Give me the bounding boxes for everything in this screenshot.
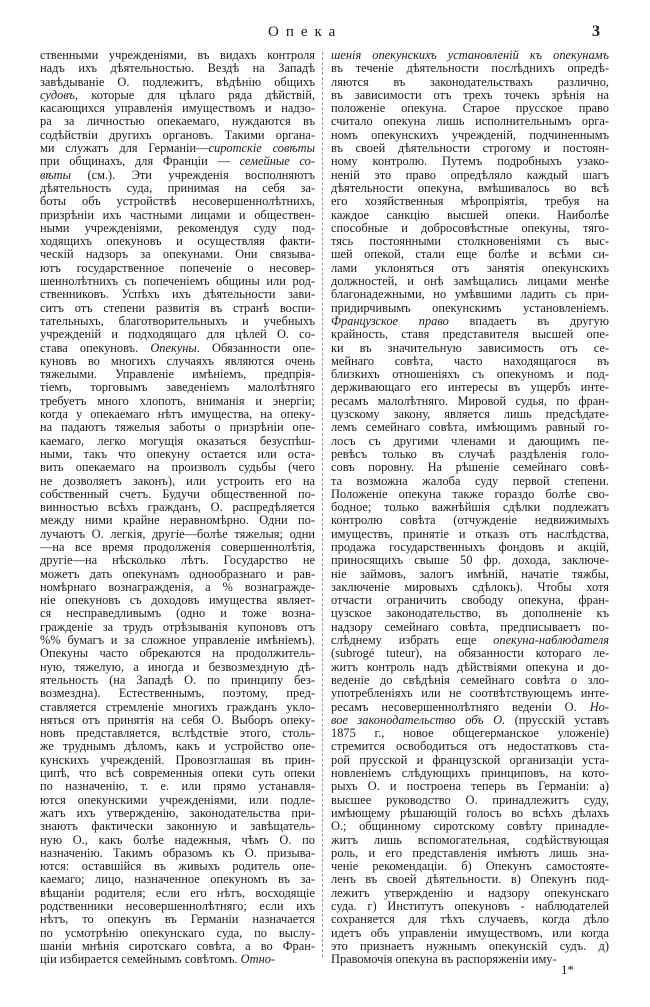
text-line: куновъ во многихъ случаяхъ являются очен… [40, 355, 315, 368]
text-line: ленъ въ своей дѣятельности. в) Опекунъ п… [331, 873, 609, 886]
text-line: идетъ объ управленіи имуществомъ, или ко… [331, 927, 609, 940]
text-line: житъ лишь вспомогательная, содѣйствующая [331, 834, 609, 847]
text-run: суда. г) Институтъ опекуновъ - наблюдате… [331, 900, 609, 913]
text-run: ра за личностью опекаемаго, нуждаются въ [40, 115, 315, 128]
text-line: ситъ отъ степени развитія въ странѣ восп… [40, 302, 315, 315]
text-run: ляются въ законодательствахъ различно, [331, 76, 609, 89]
left-column-text: ственными учрежденіями, въ видахъ контро… [40, 49, 315, 966]
text-line: лемъ семейнаго совѣта, имѣющимъ равный г… [331, 421, 609, 434]
text-run: учрежденій и подходящаго для цѣлей О. со… [40, 328, 315, 341]
text-line: собственный счетъ. Будучи общественной п… [40, 488, 315, 501]
text-run: ся несправедливымъ (одно и тоже возна- [40, 607, 315, 620]
text-run: %% бумагъ и за сложное управленіе имѣніе… [40, 634, 315, 647]
text-line: Положеніе опекуна также гораздо болѣе св… [331, 488, 609, 501]
signature-mark: 1* [561, 962, 574, 978]
text-line: Французское право впадаетъ въ другую [331, 315, 609, 328]
text-run: знаютъ фактически законную и завѣщатель- [40, 820, 315, 833]
text-run: благонадежными, но умѣвшими ладить съ пр… [331, 288, 609, 301]
text-run: тяжелыми. Управленіе имѣніемъ, предпрія- [40, 368, 315, 381]
text-line: ственными учрежденіями, въ видахъ контро… [40, 49, 315, 62]
text-line: номъ опекунскихъ учрежденій, подчиненным… [331, 129, 609, 142]
text-line: употребленіяхъ или не соотвѣтствующемъ и… [331, 687, 609, 700]
text-line: сохраняется для тѣхъ случаевъ, когда дѣл… [331, 913, 609, 926]
text-line: въ своей дѣятельности строгому и постоян… [331, 142, 609, 155]
text-line: не дозволяетъ законъ), или устроить его … [40, 475, 315, 488]
text-run: ходящихъ опекуновъ и осуществляя факти- [40, 235, 315, 248]
text-run: тательныхъ, благотворительныхъ и учебных… [40, 315, 315, 328]
text-line: это признаетъ нужнымъ опекунскій судъ. д… [331, 940, 609, 953]
text-line: учрежденій и подходящаго для цѣлей О. со… [40, 328, 315, 341]
text-run: стремится освободиться отъ недостатковъ … [331, 740, 609, 753]
text-line: контролю совѣта (отчужденіе недвижимыхъ [331, 514, 609, 527]
text-line: ки въ значительную зависимость отъ се- [331, 342, 609, 355]
text-line: ходящихъ опекуновъ и осуществляя факти- [40, 235, 315, 248]
text-line: ципѣ, что всѣ современныя опеки суть опе… [40, 767, 315, 780]
text-run: тіемъ, торговымъ заведеніемъ малолѣтняго [40, 381, 315, 394]
text-run: ставляется стремленіе многихъ гражданъ у… [40, 701, 315, 714]
text-line: держивающаго его интересы въ ущербъ инте… [331, 381, 609, 394]
text-run: дѣятельности опекуна, вмѣшивалось во всѣ [331, 182, 609, 195]
text-run: его хозяйственныя мѣропріятія, требуя на [331, 195, 609, 208]
text-run: это признаетъ нужнымъ опекунскій судъ. д… [331, 940, 609, 953]
text-run: става опекуновъ. [40, 342, 150, 355]
text-run: способные и добросовѣстные опекуны, тяго… [331, 222, 609, 235]
text-run: та возможна жалоба суду первой степени. [331, 475, 609, 488]
text-run: возмездна). Естественнымъ, поэтому, пред… [40, 687, 315, 700]
text-run: ки въ значительную зависимость отъ се- [331, 342, 609, 355]
text-line: нѣтъ, то опекунъ въ Германіи назначается [40, 913, 315, 926]
text-line: роль, и его представленія имѣютъ лишь зн… [331, 847, 609, 860]
text-line: ными, такъ что опекуну остается или оста… [40, 448, 315, 461]
text-run: ную О., какъ болѣе надежныя, чѣмъ О. по [40, 834, 315, 847]
text-run: каемаго, легко могущія оказаться безуспѣ… [40, 435, 315, 448]
text-run: новленіемъ слѣдующихъ принциповъ, на кот… [331, 767, 609, 780]
italic-term: семейные со- [240, 155, 315, 168]
text-line: винностью всѣхъ гражданъ, О. распредѣляе… [40, 501, 315, 514]
text-run: имуществъ, принятіе и отказъ отъ наслѣдс… [331, 528, 609, 541]
text-line: жатъ ихъ утвержденію, законодательства п… [40, 807, 315, 820]
text-run: назначенію. Такимъ образомъ къ О. призыв… [40, 847, 315, 860]
text-line: имѣющему рѣшающій голосъ во всѣхъ дѣлахъ [331, 807, 609, 820]
text-line: судовъ, которые для цѣлаго ряда дѣйствій… [40, 89, 315, 102]
text-run: сохраняется для тѣхъ случаевъ, когда дѣл… [331, 913, 609, 926]
italic-term: опекуна-наблюдателя [493, 634, 609, 647]
text-line: продажа государственныхъ фондовъ и акцій… [331, 541, 609, 554]
right-column-text: шенія опекунскихъ установленій къ опекун… [331, 49, 609, 966]
text-run: собственный счетъ. Будучи общественной п… [40, 488, 315, 501]
text-run: лучаютъ О. легкія, другіе—болѣе тяжелыя;… [40, 528, 315, 541]
text-line: неній это право опредѣляло каждый шагъ [331, 169, 609, 182]
text-run: слѣднему избрать еще [331, 634, 493, 647]
text-line: тяжелыми. Управленіе имѣніемъ, предпрія- [40, 368, 315, 381]
text-line: лучаютъ О. легкія, другіе—болѣе тяжелыя;… [40, 528, 315, 541]
text-run: дѣятельность суда, принимая на себя за- [40, 182, 315, 195]
text-run: няться отъ принятія на себя О. Выборъ оп… [40, 714, 315, 727]
text-line: совъ поровну. На рѣшеніе семейнаго совѣ- [331, 461, 609, 474]
text-line: высшее руководство О. принадлежитъ суду, [331, 794, 609, 807]
text-line: по усмотрѣнію опекунскаго суда, по выслу… [40, 927, 315, 940]
text-line: знаютъ фактически законную и завѣщатель- [40, 820, 315, 833]
text-run: держивающаго его интересы въ ущербъ инте… [331, 381, 609, 394]
text-line: въ теченіе дѣятельности послѣднихъ опред… [331, 62, 609, 75]
text-run: жатъ ихъ утвержденію, законодательства п… [40, 807, 315, 820]
text-line: (subrogé tuteur), на обязанности котораг… [331, 647, 609, 660]
text-line: лосъ съ другими членами и дающимъ пе- [331, 435, 609, 448]
text-line: ченіе рекомендаціи. б) Опекунъ самостоят… [331, 860, 609, 873]
text-line: 1875 г., новое общегерманское уложеніе) [331, 727, 609, 740]
text-line: ніе опекуновъ съ доходовъ имущества явля… [40, 594, 315, 607]
text-run: лемъ семейнаго совѣта, имѣющимъ равный г… [331, 421, 609, 434]
text-run: Положеніе опекуна также гораздо болѣе св… [331, 488, 609, 501]
text-line: тіемъ, торговымъ заведеніемъ малолѣтняго [40, 381, 315, 394]
text-line: шаніи мнѣнія сиротскаго совѣта, а во Фра… [40, 940, 315, 953]
text-run: ревѣсъ только въ случаѣ раздѣленія голо- [331, 448, 609, 461]
text-line: ресамъ малолѣтняго. Мировой судья, по фр… [331, 395, 609, 408]
text-line: ную, тяжелую, а иногда и безвозмездную д… [40, 661, 315, 674]
text-run: ми служатъ для Германіи— [40, 142, 209, 155]
text-line: стремится освободиться отъ недостатковъ … [331, 740, 609, 753]
text-run: въ теченіе дѣятельности послѣднихъ опред… [331, 62, 609, 75]
text-run: ченіе рекомендаціи. б) Опекунъ самостоят… [331, 860, 609, 873]
italic-term: вѣты [40, 169, 71, 182]
text-line: лами уклоняться отъ занятія опекунскихъ [331, 262, 609, 275]
text-line: каемаго, легко могущія оказаться безуспѣ… [40, 435, 315, 448]
text-run: ресамъ малолѣтняго. Мировой судья, по фр… [331, 395, 609, 408]
text-line: благонадежными, но умѣвшими ладить съ пр… [331, 288, 609, 301]
text-line: вѣщаніи родителя; если его нѣтъ, восходя… [40, 887, 315, 900]
text-run: нѣтъ, то опекунъ въ Германіи назначается [40, 913, 315, 926]
text-line: ляются въ законодательствахъ различно, [331, 76, 609, 89]
text-run: ному контролю. Путемъ подробныхъ узако- [331, 155, 609, 168]
text-line: по назначенію, т. е. или прямо устанавля… [40, 780, 315, 793]
text-line: когда у опекаемаго нѣтъ имущества, на оп… [40, 408, 315, 421]
running-title: Опека [268, 24, 342, 41]
text-run: каждое санкцію высшей опеки. Наиболѣе [331, 209, 609, 222]
text-line: О.; общинному сиротскому совѣту принадле… [331, 820, 609, 833]
text-run: мейнаго совѣта, часто находящагося въ [331, 355, 609, 368]
text-line: надъ ихъ дѣятельностью. Вездѣ на Западѣ [40, 62, 315, 75]
text-line: цузскому закону, является лишь предсѣдат… [331, 408, 609, 421]
text-run: ятельность (на Западѣ О. по принципу без… [40, 674, 315, 687]
text-line: вѣты (см.). Эти учрежденія восполняютъ [40, 169, 315, 182]
text-line: приносящихъ свыше 50 фр. дохода, заключе… [331, 554, 609, 567]
text-run: ситъ отъ степени развитія въ странѣ восп… [40, 302, 315, 315]
text-run: , которые для цѣлаго ряда дѣйствій, [75, 89, 315, 102]
text-run: высшее руководство О. принадлежитъ суду, [331, 794, 609, 807]
text-run: при общинахъ, для Франціи — [40, 155, 240, 168]
text-run: родственники несовершеннолѣтняго; если и… [40, 900, 315, 913]
text-run: тясь постоянными столкновеніями съ выс- [331, 235, 609, 248]
text-run: (прусскій уставъ [505, 714, 609, 727]
text-line: ціи избирается семейнымъ совѣтомъ. Отно- [40, 953, 315, 966]
italic-term: судовъ [40, 89, 75, 102]
text-line: новъ представляется, вслѣдствіе этого, с… [40, 727, 315, 740]
text-run: другіе—на нѣсколько лѣтъ. Государство не [40, 554, 315, 567]
text-line: считало опекуна лишь исполнительнымъ орг… [331, 115, 609, 128]
text-run: боты объ устройствѣ несовершеннолѣтнихъ, [40, 195, 315, 208]
text-line: можетъ дать опекунамъ однообразнаго и ра… [40, 568, 315, 581]
text-run: ніе опекуновъ съ доходовъ имущества явля… [40, 594, 315, 607]
text-line: ются: оставшійся въ живыхъ родитель опе- [40, 860, 315, 873]
text-run: (см.). Эти учрежденія восполняютъ [71, 169, 315, 182]
column-divider [322, 52, 323, 957]
text-line: —на все время продолженія совершеннолѣті… [40, 541, 315, 554]
text-run: считало опекуна лишь исполнительнымъ орг… [331, 115, 609, 128]
text-run: впадаетъ въ другую [449, 315, 609, 328]
italic-term: Отно- [241, 953, 275, 966]
text-run: ципѣ, что всѣ современныя опеки суть опе… [40, 767, 315, 780]
text-run: приносящихъ свыше 50 фр. дохода, заключе… [331, 554, 609, 567]
text-run: новъ представляется, вслѣдствіе этого, с… [40, 727, 315, 740]
text-line: тательныхъ, благотворительныхъ и учебных… [40, 315, 315, 328]
text-run: надъ ихъ дѣятельностью. Вездѣ на Западѣ [40, 62, 315, 75]
text-line: касающихся управленія имуществомъ и надз… [40, 102, 315, 115]
text-run: —на все время продолженія совершеннолѣті… [40, 541, 315, 554]
text-run: между ними крайне неравномѣрно. Одни по- [40, 514, 315, 527]
text-run: заключеніе мировыхъ сдѣлокъ). Чтобы хотя [331, 581, 609, 594]
text-line: назначенію. Такимъ образомъ къ О. призыв… [40, 847, 315, 860]
text-run: цузскому закону, является лишь предсѣдат… [331, 408, 609, 421]
text-line: его хозяйственныя мѣропріятія, требуя на [331, 195, 609, 208]
text-line: шенія опекунскихъ установленій къ опекун… [331, 49, 609, 62]
text-run: куновъ во многихъ случаяхъ являются очен… [40, 355, 315, 368]
text-run: цузское законодательство, въ дополненіе … [331, 607, 609, 620]
text-line: ся несправедливымъ (одно и тоже возна- [40, 607, 315, 620]
text-line: ми служатъ для Германіи—сиротскіе совѣты [40, 142, 315, 155]
text-run: ленъ въ своей дѣятельности. в) Опекунъ п… [331, 873, 609, 886]
text-line: ственниковъ. Успѣхъ ихъ дѣятельности зав… [40, 288, 315, 301]
text-run: отчасти ограничить свободу опекуна, фран… [331, 594, 609, 607]
text-run: бодное; только важнѣйшія сдѣлки подлежат… [331, 501, 609, 514]
text-run: роль, и его представленія имѣютъ лишь зн… [331, 847, 609, 860]
italic-term: Опекуны [150, 342, 196, 355]
text-run: на падаютъ тяжелыя заботы о призрѣніи оп… [40, 421, 315, 434]
text-line: вить опекаемаго на произволъ судьбы (чег… [40, 461, 315, 474]
text-run: ціи избирается семейнымъ совѣтомъ. [40, 953, 241, 966]
text-line: шеннолѣтнихъ съ попеченіемъ общины или р… [40, 275, 315, 288]
text-line: вое законодательство объ О. (прусскій ус… [331, 714, 609, 727]
text-run: надзору семейнаго совѣта, предписываетъ … [331, 621, 609, 634]
text-line: же труднымъ дѣломъ, какъ и устройство оп… [40, 740, 315, 753]
text-line: номѣрнаго вознагражденія, а % вознагражд… [40, 581, 315, 594]
text-run: завѣдываніе О. подлежитъ, вѣдѣнію общихъ [40, 76, 315, 89]
text-run: ресамъ несовершеннолѣтняго веденіи О. [331, 701, 590, 714]
text-run: лосъ съ другими членами и дающимъ пе- [331, 435, 609, 448]
text-run: неній это право опредѣляло каждый шагъ [331, 169, 609, 182]
text-run: гражденіе за трудъ отрѣзыванія купоновъ … [40, 621, 315, 634]
text-run: каемаго; лицо, назначенное опекуномъ въ … [40, 873, 315, 886]
text-run: . Обязанности опе- [197, 342, 315, 355]
text-line: призрѣніи ихъ частными лицами и обществе… [40, 209, 315, 222]
text-line: ресамъ несовершеннолѣтняго веденіи О. Но… [331, 701, 609, 714]
text-run: контролю совѣта (отчужденіе недвижимыхъ [331, 514, 609, 527]
text-run: можетъ дать опекунамъ однообразнаго и ра… [40, 568, 315, 581]
text-line: бодное; только важнѣйшія сдѣлки подлежат… [331, 501, 609, 514]
text-run: номѣрнаго вознагражденія, а % вознагражд… [40, 581, 315, 594]
text-run: шей опекой, стали еще болѣе и всѣми си- [331, 248, 609, 261]
text-run: вѣщаніи родителя; если его нѣтъ, восходя… [40, 887, 315, 900]
text-line: ставляется стремленіе многихъ гражданъ у… [40, 701, 315, 714]
text-run: придирчивымъ опекунскимъ установленіемъ. [331, 302, 609, 315]
text-line: няться отъ принятія на себя О. Выборъ оп… [40, 714, 315, 727]
text-run: рой прусской и французской организаціи у… [331, 754, 609, 767]
text-run: совъ поровну. На рѣшеніе семейнаго совѣ- [331, 461, 609, 474]
text-run: продажа государственныхъ фондовъ и акцій… [331, 541, 609, 554]
text-line: при общинахъ, для Франціи — семейные со- [40, 155, 315, 168]
text-run: житъ контроль надъ дѣйствіями опекуна и … [331, 661, 609, 674]
text-run: касающихся управленія имуществомъ и надз… [40, 102, 315, 115]
text-line: кунскихъ учрежденій. Провозглашая въ при… [40, 754, 315, 767]
text-line: суда. г) Институтъ опекуновъ - наблюдате… [331, 900, 609, 913]
text-line: другіе—на нѣсколько лѣтъ. Государство не [40, 554, 315, 567]
text-run: не дозволяетъ законъ), или устроить его … [40, 475, 315, 488]
text-run: ную, тяжелую, а иногда и безвозмездную д… [40, 661, 315, 674]
text-line: возмездна). Естественнымъ, поэтому, пред… [40, 687, 315, 700]
text-line: способные и добросовѣстные опекуны, тяго… [331, 222, 609, 235]
text-run: шеннолѣтнихъ съ попеченіемъ общины или р… [40, 275, 315, 288]
text-line: рой прусской и французской организаціи у… [331, 754, 609, 767]
text-line: ятельность (на Западѣ О. по принципу без… [40, 674, 315, 687]
text-run: когда у опекаемаго нѣтъ имущества, на оп… [40, 408, 315, 421]
text-run: въ зависимости отъ трехъ точекъ зрѣнія н… [331, 89, 609, 102]
text-line: рыхъ О. и построена теперь въ Германіи: … [331, 780, 609, 793]
text-run: кунскихъ учрежденій. Провозглашая въ при… [40, 754, 315, 767]
text-line: мейнаго совѣта, часто находящагося въ [331, 355, 609, 368]
text-run: въ своей дѣятельности строгому и постоян… [331, 142, 609, 155]
text-line: %% бумагъ и за сложное управленіе имѣніе… [40, 634, 315, 647]
italic-term: вое законодательство объ О. [331, 714, 505, 727]
text-run: веденіе до свѣдѣнія семейнаго совѣта о з… [331, 674, 609, 687]
text-line: придирчивымъ опекунскимъ установленіемъ. [331, 302, 609, 315]
text-run: Опекуны часто обрекаются на продолжитель… [40, 647, 315, 660]
text-line: каждое санкцію высшей опеки. Наиболѣе [331, 209, 609, 222]
text-run: положеніе опекуна. Старое прусское право [331, 102, 609, 115]
text-run: лежитъ утвержденію и надзору опекунскаго [331, 887, 609, 900]
text-run: ческій надзоръ за опекунами. Они связыва… [40, 248, 315, 261]
text-run: (subrogé tuteur), на обязанности котораг… [331, 647, 609, 660]
text-line: на падаютъ тяжелыя заботы о призрѣніи оп… [40, 421, 315, 434]
text-run: по усмотрѣнію опекунскаго суда, по выслу… [40, 927, 315, 940]
page-number: 3 [592, 23, 600, 41]
text-run: требуетъ много хлопотъ, вниманія и энерг… [40, 395, 315, 408]
text-line: ному контролю. Путемъ подробныхъ узако- [331, 155, 609, 168]
text-run: 1875 г., новое общегерманское уложеніе) [331, 727, 609, 740]
text-run: номъ опекунскихъ учрежденій, подчиненным… [331, 129, 609, 142]
text-line: надзору семейнаго совѣта, предписываетъ … [331, 621, 609, 634]
text-run: житъ лишь вспомогательная, содѣйствующая [331, 834, 609, 847]
italic-term: Французское право [331, 315, 449, 328]
italic-term: шенія опекунскихъ установленій къ опекун… [331, 49, 609, 62]
text-line: крайность, ставя представителя высшей оп… [331, 328, 609, 341]
text-run: ственными учрежденіями, въ видахъ контро… [40, 49, 315, 62]
text-line: отчасти ограничить свободу опекуна, фран… [331, 594, 609, 607]
text-run: употребленіяхъ или не соотвѣтствующемъ и… [331, 687, 609, 700]
text-line: става опекуновъ. Опекуны. Обязанности оп… [40, 342, 315, 355]
text-run: содѣйствіи другихъ органовъ. Такими орга… [40, 129, 315, 142]
text-run: призрѣніи ихъ частными лицами и обществе… [40, 209, 315, 222]
italic-term: сиротскіе совѣты [209, 142, 315, 155]
text-run: ются опекунскими учрежденіями, или подле… [40, 794, 315, 807]
text-line: ческій надзоръ за опекунами. Они связыва… [40, 248, 315, 261]
text-run: винностью всѣхъ гражданъ, О. распредѣляе… [40, 501, 315, 514]
text-line: заключеніе мировыхъ сдѣлокъ). Чтобы хотя [331, 581, 609, 594]
text-line: въ зависимости отъ трехъ точекъ зрѣнія н… [331, 89, 609, 102]
text-line: Опекуны часто обрекаются на продолжитель… [40, 647, 315, 660]
text-run: ніе займовъ, залогъ имѣній, начатіе тяжб… [331, 568, 609, 581]
text-line: дѣятельность суда, принимая на себя за- [40, 182, 315, 195]
text-line: гражденіе за трудъ отрѣзыванія купоновъ … [40, 621, 315, 634]
text-run: же труднымъ дѣломъ, какъ и устройство оп… [40, 740, 315, 753]
text-run: Правомочія опекуна въ распоряженіи иму- [331, 953, 557, 966]
text-line: та возможна жалоба суду первой степени. [331, 475, 609, 488]
text-line: ную О., какъ болѣе надежныя, чѣмъ О. по [40, 834, 315, 847]
text-run: имѣющему рѣшающій голосъ во всѣхъ дѣлахъ [331, 807, 609, 820]
text-run: лами уклоняться отъ занятія опекунскихъ [331, 262, 609, 275]
text-line: цузское законодательство, въ дополненіе … [331, 607, 609, 620]
text-line: боты объ устройствѣ несовершеннолѣтнихъ, [40, 195, 315, 208]
text-line: между ними крайне неравномѣрно. Одни по- [40, 514, 315, 527]
text-run: шаніи мнѣнія сиротскаго совѣта, а во Фра… [40, 940, 315, 953]
text-line: ра за личностью опекаемаго, нуждаются въ [40, 115, 315, 128]
text-line: веденіе до свѣдѣнія семейнаго совѣта о з… [331, 674, 609, 687]
text-line: дѣятельности опекуна, вмѣшивалось во всѣ [331, 182, 609, 195]
page-header: Опека 3 [0, 24, 650, 44]
text-line: ными учрежденіями, рекомендуя суду под- [40, 222, 315, 235]
text-line: положеніе опекуна. Старое прусское право [331, 102, 609, 115]
text-run: по назначенію, т. е. или прямо устанавля… [40, 780, 315, 793]
italic-term: Но- [590, 701, 609, 714]
text-line: слѣднему избрать еще опекуна-наблюдателя [331, 634, 609, 647]
text-run: идетъ объ управленіи имуществомъ, или ко… [331, 927, 609, 940]
text-line: родственники несовершеннолѣтняго; если и… [40, 900, 315, 913]
text-line: новленіемъ слѣдующихъ принциповъ, на кот… [331, 767, 609, 780]
text-line: имуществъ, принятіе и отказъ отъ наслѣдс… [331, 528, 609, 541]
text-run: вить опекаемаго на произволъ судьбы (чег… [40, 461, 315, 474]
text-run: должностей, и онѣ замѣщались лицами менѣ… [331, 275, 609, 288]
text-line: лежитъ утвержденію и надзору опекунскаго [331, 887, 609, 900]
text-line: требуетъ много хлопотъ, вниманія и энерг… [40, 395, 315, 408]
text-line: содѣйствіи другихъ органовъ. Такими орга… [40, 129, 315, 142]
text-line: ніе займовъ, залогъ имѣній, начатіе тяжб… [331, 568, 609, 581]
text-line: ютъ государственное попеченіе о несовер- [40, 262, 315, 275]
text-line: завѣдываніе О. подлежитъ, вѣдѣнію общихъ [40, 76, 315, 89]
text-run: крайность, ставя представителя высшей оп… [331, 328, 609, 341]
text-run: ютъ государственное попеченіе о несовер- [40, 262, 315, 275]
text-line: житъ контроль надъ дѣйствіями опекуна и … [331, 661, 609, 674]
text-line: должностей, и онѣ замѣщались лицами менѣ… [331, 275, 609, 288]
text-line: ревѣсъ только въ случаѣ раздѣленія голо- [331, 448, 609, 461]
text-line: ются опекунскими учрежденіями, или подле… [40, 794, 315, 807]
text-run: рыхъ О. и построена теперь въ Германіи: … [331, 780, 609, 793]
text-run: ственниковъ. Успѣхъ ихъ дѣятельности зав… [40, 288, 315, 301]
text-line: тясь постоянными столкновеніями съ выс- [331, 235, 609, 248]
text-run: близкихъ отношеніяхъ съ опекуномъ и под- [331, 368, 609, 381]
text-run: О.; общинному сиротскому совѣту принадле… [331, 820, 609, 833]
text-line: шей опекой, стали еще болѣе и всѣми си- [331, 248, 609, 261]
text-run: ными, такъ что опекуну остается или оста… [40, 448, 315, 461]
text-run: ются: оставшійся въ живыхъ родитель опе- [40, 860, 315, 873]
text-run: ными учрежденіями, рекомендуя суду под- [40, 222, 315, 235]
text-line: близкихъ отношеніяхъ съ опекуномъ и под- [331, 368, 609, 381]
text-line: каемаго; лицо, назначенное опекуномъ въ … [40, 873, 315, 886]
